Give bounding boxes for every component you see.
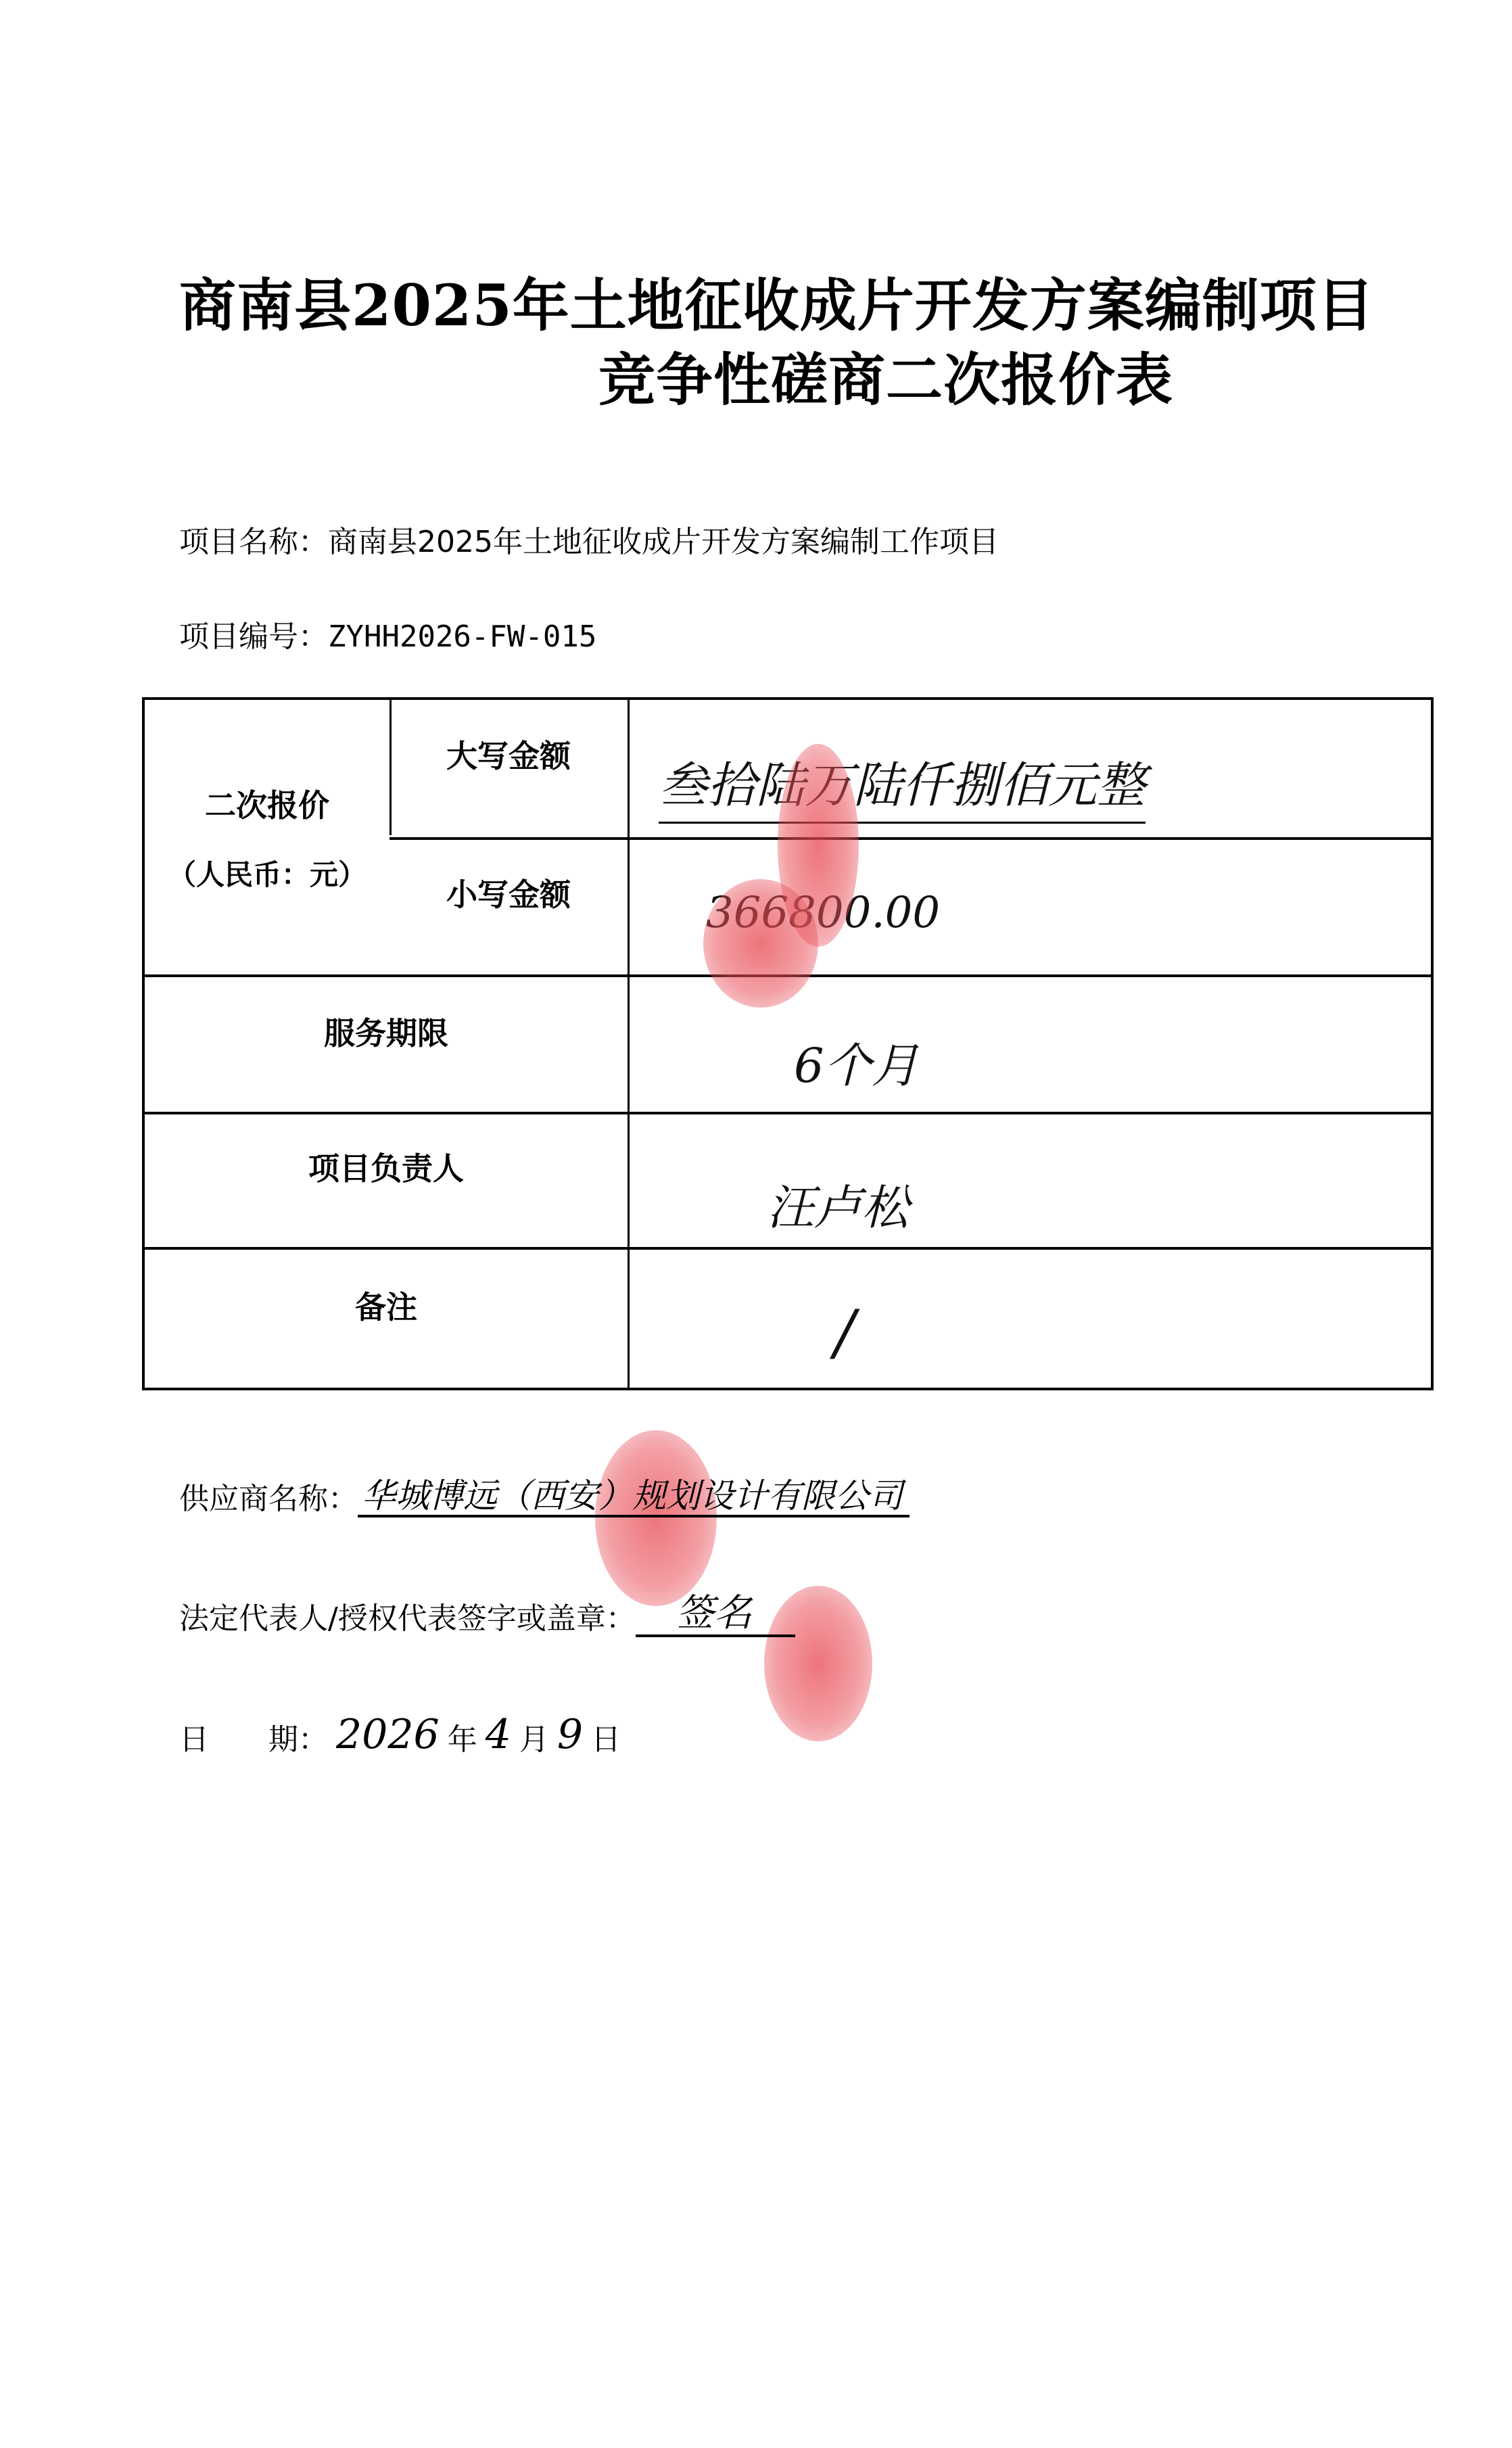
project-name-row: 项目名称：商南县2025年土地征收成片开发方案编制工作项目	[179, 517, 999, 561]
divider	[145, 1247, 1431, 1250]
project-number-row: 项目编号：ZYHH2026-FW-015	[179, 612, 596, 655]
date-month: 4	[486, 1711, 511, 1758]
uppercase-amount-value: 叁拾陆万陆仟捌佰元整	[659, 740, 1145, 824]
remarks-value: /	[834, 1292, 855, 1373]
service-period-value: 6个月	[794, 1025, 919, 1099]
date-label: 日 期：	[179, 1715, 328, 1758]
date-day: 9	[557, 1711, 583, 1758]
project-number-label: 项目编号：	[179, 619, 328, 654]
divider	[628, 700, 630, 1388]
supplier-label: 供应商名称：	[179, 1474, 358, 1517]
signature-value: 签名	[636, 1593, 795, 1637]
signature-row: 法定代表人/授权代表签字或盖章： 签名	[179, 1593, 795, 1637]
date-year-unit: 年	[448, 1715, 477, 1758]
project-lead-value: 汪卢松	[767, 1167, 909, 1241]
uppercase-amount-label: 大写金额	[389, 727, 628, 781]
fingerprint-stamp	[595, 1430, 717, 1606]
supplier-row: 供应商名称： 华城博远（西安）规划设计有限公司	[179, 1474, 909, 1517]
project-name-label: 项目名称：	[179, 525, 328, 559]
project-number-value: ZYHH2026-FW-015	[328, 619, 596, 654]
lowercase-amount-label: 小写金额	[389, 866, 628, 920]
supplier-value: 华城博远（西安）规划设计有限公司	[358, 1478, 909, 1517]
project-lead-label: 项目负责人	[145, 1139, 628, 1194]
service-period-label: 服务期限	[145, 1004, 628, 1058]
signature-label: 法定代表人/授权代表签字或盖章：	[179, 1594, 636, 1637]
date-row: 日 期： 2026 年 4 月 9 日	[179, 1711, 621, 1758]
fingerprint-stamp	[703, 879, 818, 1008]
date-month-unit: 月	[519, 1715, 549, 1758]
currency-label: （人民币：元）	[168, 853, 367, 893]
date-day-unit: 日	[591, 1715, 621, 1758]
document-title-line-1: 商南县2025年土地征收成片开发方案编制项目	[179, 260, 1512, 342]
quote-label: 二次报价	[205, 781, 329, 826]
divider	[145, 1112, 1431, 1114]
date-year: 2026	[336, 1711, 440, 1758]
document-title-line-2: 竞争性磋商二次报价表	[598, 335, 1512, 417]
remarks-label: 备注	[145, 1278, 628, 1332]
project-name-value: 商南县2025年土地征收成片开发方案编制工作项目	[328, 525, 999, 559]
quote-label-cell: 二次报价 （人民币：元）	[145, 700, 389, 974]
divider	[389, 837, 1431, 840]
